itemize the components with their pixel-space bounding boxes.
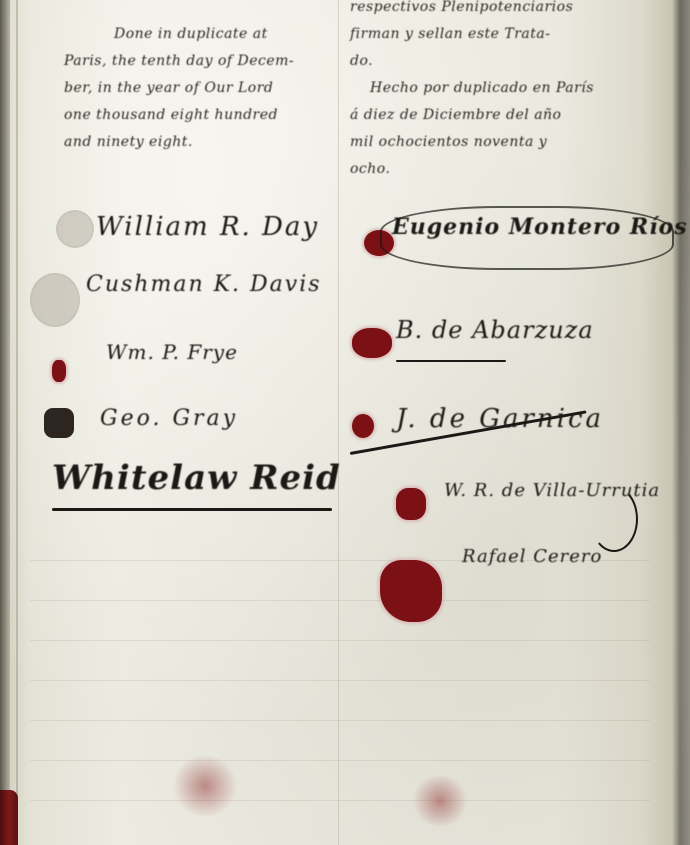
ruled-line [30, 720, 650, 721]
wax-seal [52, 360, 66, 382]
spanish-line: ocho. [350, 156, 640, 183]
margin-rule [16, 0, 18, 845]
english-line [64, 0, 334, 21]
spanish-line: firman y sellan este Trata- [350, 21, 640, 48]
signature-gray: Geo. Gray [100, 406, 238, 431]
spanish-line: Hecho por duplicado en París [350, 75, 640, 102]
spanish-line: á diez de Diciembre del año [350, 102, 640, 129]
wax-seal-faded [32, 275, 78, 325]
wax-seal-faded [58, 212, 92, 246]
english-line: Paris, the tenth day of Decem- [64, 48, 334, 75]
signature-flourish [380, 206, 674, 270]
english-line: ber, in the year of Our Lord [64, 75, 334, 102]
english-text-column: Done in duplicate at Paris, the tenth da… [64, 0, 334, 156]
signature-garnica: J. de Garnica [396, 404, 604, 434]
binding-ribbon [0, 790, 18, 845]
wax-seal-dark [44, 408, 74, 438]
book-binding-edge [0, 0, 10, 845]
signature-frye: Wm. P. Frye [106, 340, 238, 364]
column-divider [338, 0, 339, 845]
wax-seal [380, 560, 442, 622]
wax-seal [352, 328, 392, 358]
signature-reid: Whitelaw Reid [52, 458, 341, 498]
signature-cerero: Rafael Cerero [462, 546, 602, 567]
ruled-line [30, 680, 650, 681]
signature-flourish [590, 486, 638, 552]
spanish-line: respectivos Plenipotenciarios [350, 0, 640, 21]
wax-seal [352, 414, 374, 438]
english-line: and ninety eight. [64, 129, 334, 156]
wax-seal [396, 488, 426, 520]
wax-stain [170, 756, 240, 816]
ruled-line [30, 640, 650, 641]
wax-stain [410, 776, 470, 826]
english-line: Done in duplicate at [64, 21, 334, 48]
ruled-line [30, 800, 650, 801]
spanish-text-column: respectivos Plenipotenciarios firman y s… [350, 0, 640, 183]
signature-underline [52, 508, 332, 511]
signature-davis: Cushman K. Davis [86, 272, 322, 297]
spanish-line: do. [350, 48, 640, 75]
signature-underline [396, 360, 506, 362]
ruled-line [30, 600, 650, 601]
signature-day: William R. Day [96, 212, 319, 242]
signature-abarzuza: B. de Abarzuza [396, 316, 594, 344]
english-line: one thousand eight hundred [64, 102, 334, 129]
ruled-line [30, 760, 650, 761]
spanish-line: mil ochocientos noventa y [350, 129, 640, 156]
document-page: Done in duplicate at Paris, the tenth da… [0, 0, 690, 845]
